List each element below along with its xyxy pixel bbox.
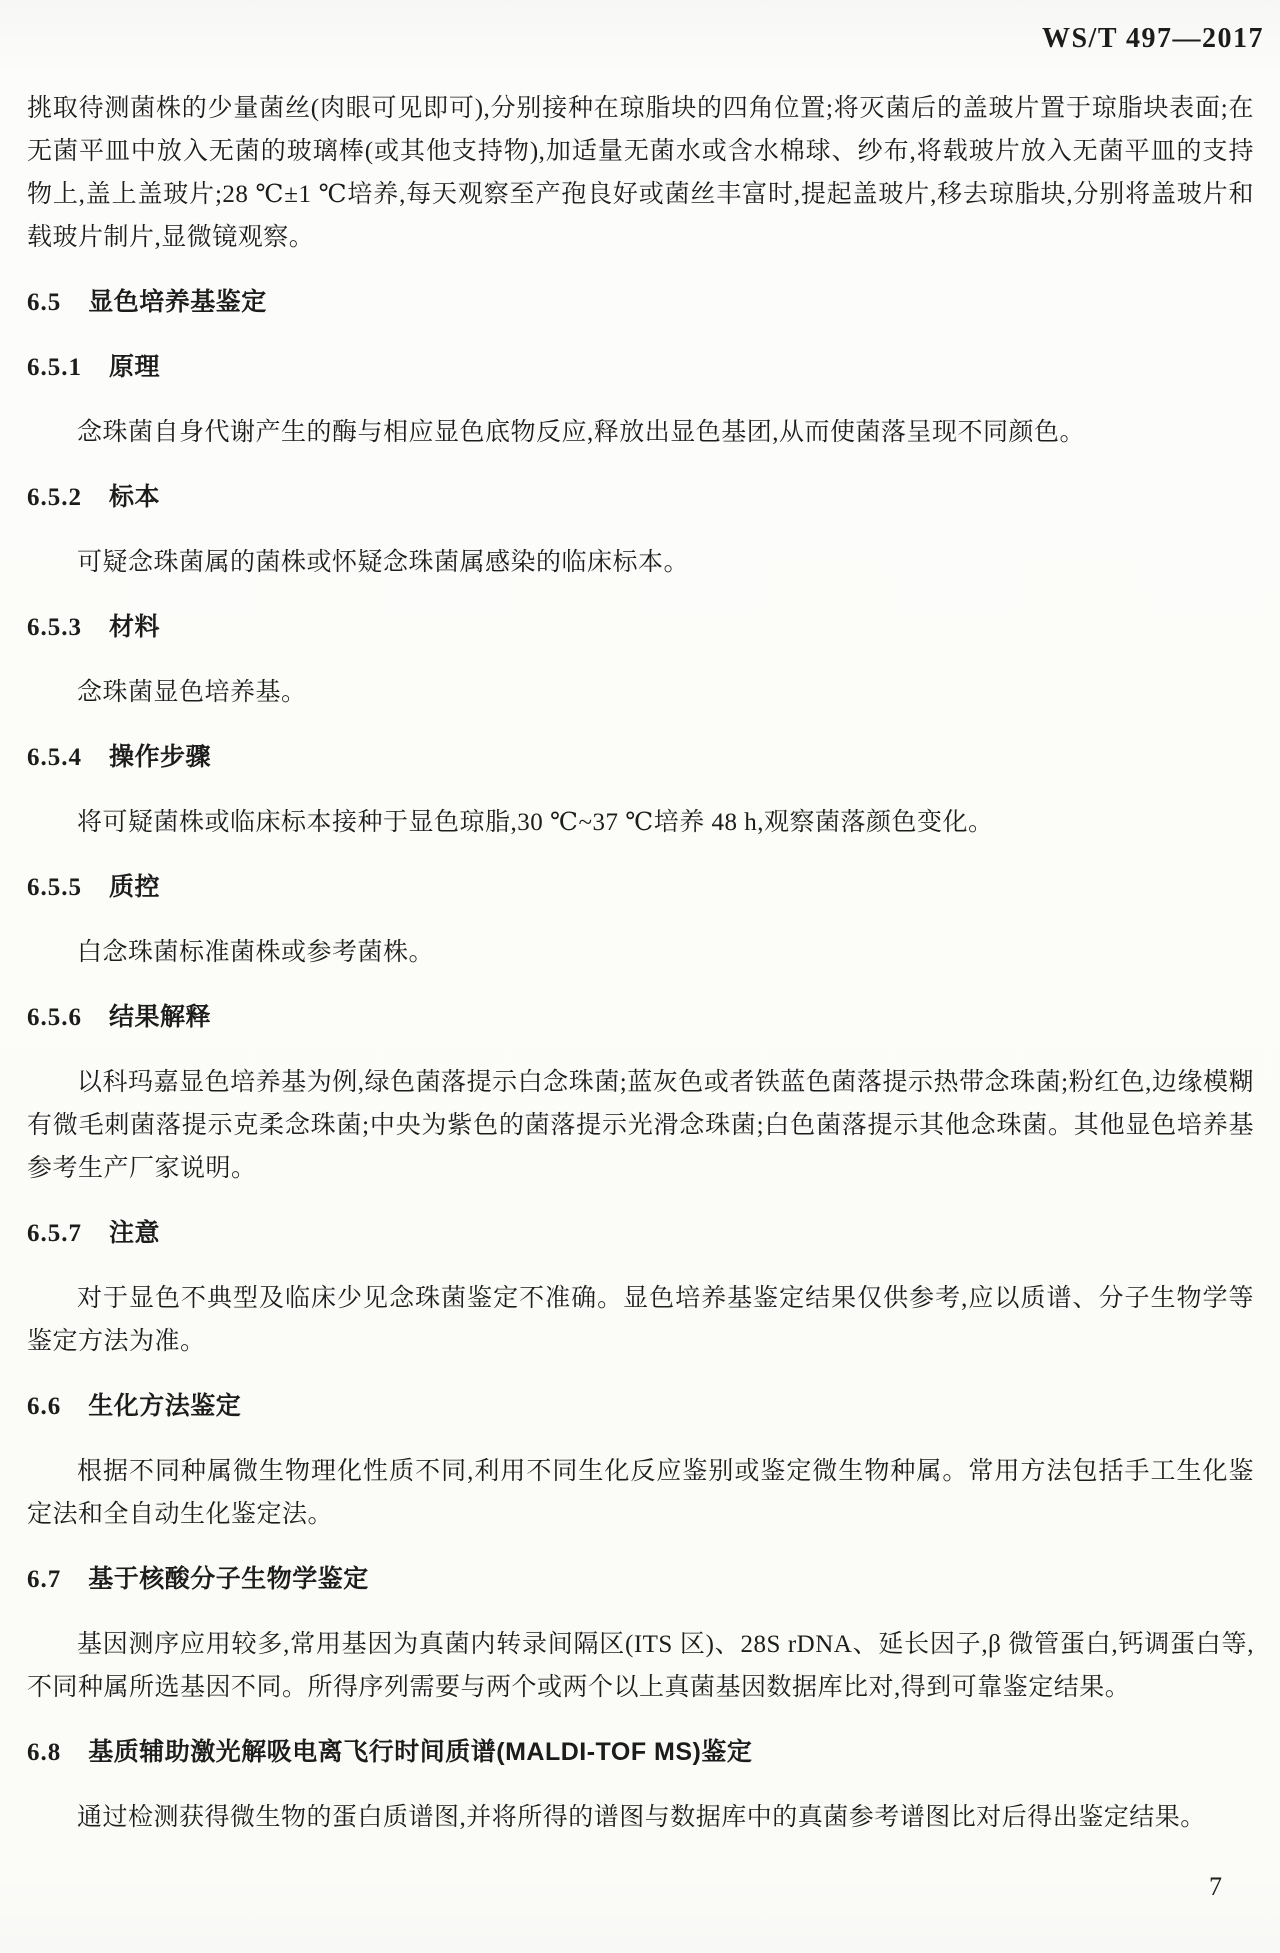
paragraph: 挑取待测菌株的少量菌丝(肉眼可见即可),分别接种在琼脂块的四角位置;将灭菌后的盖…: [27, 87, 1254, 259]
section-number: 6.5.6: [27, 1004, 82, 1031]
section-title: 材料: [109, 613, 160, 641]
paragraph: 基因测序应用较多,常用基因为真菌内转录间隔区(ITS 区)、28S rDNA、延…: [27, 1623, 1254, 1709]
section-number: 6.5.3: [27, 614, 82, 641]
section-title: 质控: [109, 873, 160, 901]
paragraph: 白念珠菌标准菌株或参考菌株。: [27, 931, 1254, 974]
section-heading-6-5: 6.5显色培养基鉴定: [27, 281, 1254, 324]
section-number: 6.7: [27, 1566, 61, 1593]
section-number: 6.5.4: [27, 744, 82, 771]
section-heading-6-5-3: 6.5.3材料: [27, 606, 1254, 649]
section-heading-6-5-5: 6.5.5质控: [27, 866, 1254, 909]
section-number: 6.6: [27, 1393, 61, 1420]
section-title: 基于核酸分子生物学鉴定: [88, 1565, 369, 1593]
paragraph: 可疑念珠菌属的菌株或怀疑念珠菌属感染的临床标本。: [27, 541, 1254, 584]
page-number: 7: [0, 1861, 1280, 1903]
paragraph: 将可疑菌株或临床标本接种于显色琼脂,30 ℃~37 ℃培养 48 h,观察菌落颜…: [27, 801, 1254, 844]
section-number: 6.5: [27, 289, 61, 316]
section-title: 注意: [109, 1219, 160, 1247]
section-heading-6-7: 6.7基于核酸分子生物学鉴定: [27, 1558, 1254, 1601]
section-number: 6.5.2: [27, 484, 82, 511]
section-number: 6.8: [27, 1739, 61, 1766]
paragraph: 以科玛嘉显色培养基为例,绿色菌落提示白念珠菌;蓝灰色或者铁蓝色菌落提示热带念珠菌…: [27, 1061, 1254, 1190]
paragraph: 通过检测获得微生物的蛋白质谱图,并将所得的谱图与数据库中的真菌参考谱图比对后得出…: [27, 1796, 1254, 1839]
section-number: 6.5.7: [27, 1220, 82, 1247]
section-number: 6.5.5: [27, 874, 82, 901]
section-heading-6-5-1: 6.5.1原理: [27, 346, 1254, 389]
section-heading-6-5-6: 6.5.6结果解释: [27, 996, 1254, 1039]
section-title: 操作步骤: [109, 743, 211, 771]
section-heading-6-6: 6.6生化方法鉴定: [27, 1385, 1254, 1428]
document-body: 挑取待测菌株的少量菌丝(肉眼可见即可),分别接种在琼脂块的四角位置;将灭菌后的盖…: [27, 87, 1254, 1839]
paragraph: 根据不同种属微生物理化性质不同,利用不同生化反应鉴别或鉴定微生物种属。常用方法包…: [27, 1450, 1254, 1536]
paragraph: 对于显色不典型及临床少见念珠菌鉴定不准确。显色培养基鉴定结果仅供参考,应以质谱、…: [27, 1277, 1254, 1363]
standard-number-header: WS/T 497—2017: [0, 0, 1280, 56]
section-title: 生化方法鉴定: [88, 1392, 241, 1420]
paragraph: 念珠菌自身代谢产生的酶与相应显色底物反应,释放出显色基团,从而使菌落呈现不同颜色…: [27, 411, 1254, 454]
section-title: 基质辅助激光解吸电离飞行时间质谱(MALDI-TOF MS)鉴定: [88, 1738, 752, 1766]
paragraph: 念珠菌显色培养基。: [27, 671, 1254, 714]
document-page: { "doc": { "standard_number": "WS/T 497—…: [0, 0, 1280, 1953]
section-heading-6-8: 6.8基质辅助激光解吸电离飞行时间质谱(MALDI-TOF MS)鉴定: [27, 1731, 1254, 1774]
section-title: 标本: [109, 483, 160, 511]
section-heading-6-5-7: 6.5.7注意: [27, 1212, 1254, 1255]
section-heading-6-5-4: 6.5.4操作步骤: [27, 736, 1254, 779]
section-title: 结果解释: [109, 1003, 211, 1031]
section-heading-6-5-2: 6.5.2标本: [27, 476, 1254, 519]
section-title: 显色培养基鉴定: [88, 288, 267, 316]
section-title: 原理: [109, 353, 160, 381]
section-number: 6.5.1: [27, 354, 82, 381]
